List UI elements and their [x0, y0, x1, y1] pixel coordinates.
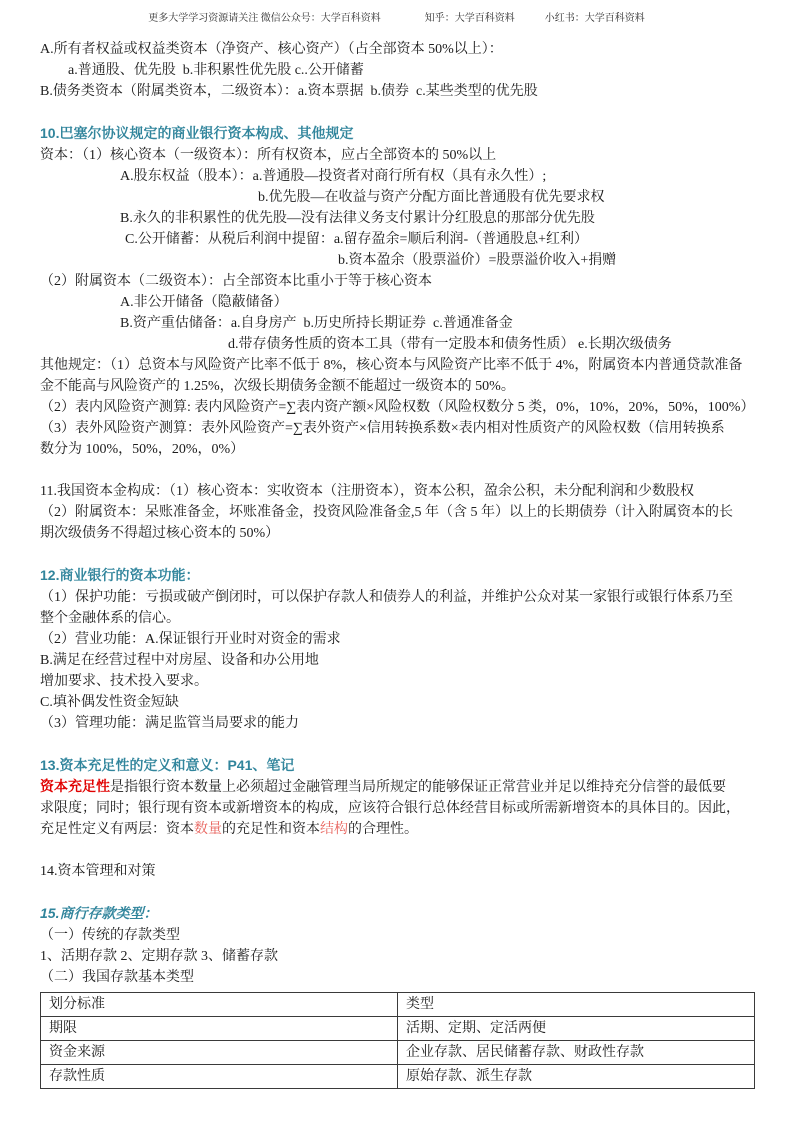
text-line: a.普通股、优先股 b.非积累性优先股 c..公开储蓄 [40, 60, 755, 81]
table-cell: 资金来源 [41, 1041, 398, 1065]
text-line: 资本：（1）核心资本（一级资本）：所有权资本，应占全部资本的 50%以上 [40, 145, 755, 166]
text-line: B.债务类资本（附属类资本，二级资本）：a.资本票据 b.债券 c.某些类型的优… [40, 81, 755, 102]
text-segment: A.非公开储备（隐蔽储备） [120, 295, 288, 310]
text-segment: B.资产重估储备：a.自身房产 b.历史所持长期证券 c.普通准备金 [120, 316, 513, 331]
text-line: B.满足在经营过程中对房屋、设备和办公用地 [40, 650, 755, 671]
text-segment: 金不能高与风险资产的 1.25%，次级长期债务金额不能超过一级资本的 50%。 [40, 379, 515, 394]
text-line: 期次级债务不得超过核心资本的 50%） [40, 523, 755, 544]
document-page: 更多大学学习资源请关注 微信公众号：大学百科资料知乎：大学百科资料小红书：大学百… [0, 0, 793, 1122]
text-segment: 1、活期存款 2、定期存款 3、储蓄存款 [40, 949, 278, 964]
text-line: （一）传统的存款类型 [40, 925, 755, 946]
text-segment: 求限度；同时；银行现有资本或新增资本的构成，应该符合银行总体经营目标或所需新增资… [40, 801, 740, 816]
table-header-row: 划分标准 类型 [41, 993, 755, 1017]
text-segment: 其他规定：（1）总资本与风险资产比率不低于 8%，核心资本与风险资产比率不低于 … [40, 358, 742, 373]
text-segment: 整个金融体系的信心。 [40, 611, 180, 626]
text-segment: （2）附属资本（二级资本）：占全部资本比重小于等于核心资本 [40, 274, 432, 289]
text-line: 增加要求、技术投入要求。 [40, 671, 755, 692]
text-line: 金不能高与风险资产的 1.25%，次级长期债务金额不能超过一级资本的 50%。 [40, 376, 755, 397]
text-line: 求限度；同时；银行现有资本或新增资本的构成，应该符合银行总体经营目标或所需新增资… [40, 798, 755, 819]
text-line: 充足性定义有两层：资本数量的充足性和资本结构的合理性。 [40, 819, 755, 840]
text-segment: （2）营业功能：A.保证银行开业时对资金的需求 [40, 632, 341, 647]
blank-line [40, 544, 755, 565]
text-line: A.所有者权益或权益类资本（净资产、核心资产）（占全部资本 50%以上）： [40, 39, 755, 60]
document-body: A.所有者权益或权益类资本（净资产、核心资产）（占全部资本 50%以上）：a.普… [40, 39, 755, 1089]
text-line: B.永久的非积累性的优先股—没有法律义务支付累计分红股息的那部分优先股 [40, 208, 755, 229]
text-line: C.公开储蓄：从税后利润中提留：a.留存盈余=顺后利润-（普通股息+红利） [40, 229, 755, 250]
text-line: （二）我国存款基本类型 [40, 967, 755, 988]
text-segment: 是指银行资本数量上必须超过金融管理当局所规定的能够保证正常营业并足以维持充分信誉… [110, 780, 726, 795]
blank-line [40, 840, 755, 861]
text-segment: C.填补偶发性资金短缺 [40, 695, 179, 710]
text-segment: C.公开储蓄：从税后利润中提留：a.留存盈余=顺后利润-（普通股息+红利） [125, 232, 588, 247]
text-line: A.非公开储备（隐蔽储备） [40, 292, 755, 313]
text-line: 10.巴塞尔协议规定的商业银行资本构成、其他规定 [40, 123, 755, 145]
table-cell: 期限 [41, 1017, 398, 1041]
header-zhihu-note: 知乎：大学百科资料 [425, 13, 515, 24]
text-segment: 数分为 100%，50%，20%，0%） [40, 442, 244, 457]
section-heading: 10.巴塞尔协议规定的商业银行资本构成、其他规定 [40, 125, 353, 141]
text-segment: d.带存债务性质的资本工具（带有一定股本和债务性质） e.长期次级债务 [228, 337, 672, 352]
blank-line [40, 102, 755, 123]
text-segment: （一）传统的存款类型 [40, 928, 180, 943]
text-line: B.资产重估储备：a.自身房产 b.历史所持长期证券 c.普通准备金 [40, 313, 755, 334]
text-line: （2）表内风险资产测算: 表内风险资产=∑表内资产额×风险权数（风险权数分 5 … [40, 397, 755, 418]
header-wechat-note: 更多大学学习资源请关注 微信公众号：大学百科资料 [148, 13, 381, 24]
text-lines: A.所有者权益或权益类资本（净资产、核心资产）（占全部资本 50%以上）：a.普… [40, 39, 755, 988]
table-row: 期限 活期、定期、定活两便 [41, 1017, 755, 1041]
text-line: C.填补偶发性资金短缺 [40, 692, 755, 713]
text-line: 整个金融体系的信心。 [40, 608, 755, 629]
text-line: b.资本盈余（股票溢价）=股票溢价收入+捐赠 [40, 250, 755, 271]
text-segment: 11.我国资本金构成：（1）核心资本：实收资本（注册资本），资本公积，盈余公积，… [40, 484, 694, 499]
text-line: A.股东权益（股本）：a.普通股—投资者对商行所有权（具有永久性）; [40, 166, 755, 187]
text-line: 其他规定：（1）总资本与风险资产比率不低于 8%，核心资本与风险资产比率不低于 … [40, 355, 755, 376]
text-segment: 资本：（1）核心资本（一级资本）：所有权资本，应占全部资本的 50%以上 [40, 148, 496, 163]
text-segment: b.优先股—在收益与资产分配方面比普通股有优先要求权 [258, 190, 605, 205]
table-header-cell: 划分标准 [41, 993, 398, 1017]
text-line: d.带存债务性质的资本工具（带有一定股本和债务性质） e.长期次级债务 [40, 334, 755, 355]
text-segment: a.普通股、优先股 b.非积累性优先股 c..公开储蓄 [68, 63, 364, 78]
blank-line [40, 882, 755, 903]
text-segment: （2）表内风险资产测算: 表内风险资产=∑表内资产额×风险权数（风险权数分 5 … [40, 400, 754, 415]
text-line: 14.资本管理和对策 [40, 861, 755, 882]
text-segment: （2）附属资本：呆账准备金，坏账准备金，投资风险准备金,5 年（含 5 年）以上… [40, 505, 733, 520]
text-segment: 充足性定义有两层：资本 [40, 822, 194, 837]
section-heading: 12.商业银行的资本功能： [40, 567, 199, 583]
text-segment: 结构 [320, 822, 348, 837]
text-line: （2）营业功能：A.保证银行开业时对资金的需求 [40, 629, 755, 650]
text-segment: 的合理性。 [348, 822, 418, 837]
section-heading: 15.商行存款类型： [40, 905, 157, 921]
deposit-types-table: 划分标准 类型 期限 活期、定期、定活两便 资金来源 企业存款、居民储蓄存款、财… [40, 992, 755, 1089]
text-line: b.优先股—在收益与资产分配方面比普通股有优先要求权 [40, 187, 755, 208]
text-line: （2）附属资本（二级资本）：占全部资本比重小于等于核心资本 [40, 271, 755, 292]
text-segment: B.满足在经营过程中对房屋、设备和办公用地 [40, 653, 319, 668]
text-segment: 资本充足性 [40, 780, 110, 795]
text-segment: 期次级债务不得超过核心资本的 50%） [40, 526, 279, 541]
text-segment: A.股东权益（股本）：a.普通股—投资者对商行所有权（具有永久性）; [120, 169, 546, 184]
text-segment: B.永久的非积累性的优先股—没有法律义务支付累计分红股息的那部分优先股 [120, 211, 595, 226]
text-line: 资本充足性是指银行资本数量上必须超过金融管理当局所规定的能够保证正常营业并足以维… [40, 777, 755, 798]
table-cell: 原始存款、派生存款 [398, 1065, 755, 1089]
text-line: 12.商业银行的资本功能： [40, 565, 755, 587]
page-header: 更多大学学习资源请关注 微信公众号：大学百科资料知乎：大学百科资料小红书：大学百… [0, 0, 793, 26]
text-segment: 增加要求、技术投入要求。 [40, 674, 208, 689]
text-line: （3）管理功能：满足监管当局要求的能力 [40, 713, 755, 734]
text-line: 1、活期存款 2、定期存款 3、储蓄存款 [40, 946, 755, 967]
text-segment: 14.资本管理和对策 [40, 864, 156, 879]
header-xiaohongshu-note: 小红书：大学百科资料 [545, 13, 645, 24]
text-segment: 数量 [194, 822, 222, 837]
text-segment: （3）管理功能：满足监管当局要求的能力 [40, 716, 299, 731]
table-cell: 存款性质 [41, 1065, 398, 1089]
table-cell: 企业存款、居民储蓄存款、财政性存款 [398, 1041, 755, 1065]
table-row: 资金来源 企业存款、居民储蓄存款、财政性存款 [41, 1041, 755, 1065]
text-segment: B.债务类资本（附属类资本，二级资本）：a.资本票据 b.债券 c.某些类型的优… [40, 84, 538, 99]
blank-line [40, 460, 755, 481]
text-line: （3）表外风险资产测算：表外风险资产=∑表外资产×信用转换系数×表内相对性质资产… [40, 418, 755, 439]
section-heading: 13.资本充足性的定义和意义：P41、笔记 [40, 757, 294, 773]
text-segment: 的充足性和资本 [222, 822, 320, 837]
table-row: 存款性质 原始存款、派生存款 [41, 1065, 755, 1089]
text-segment: b.资本盈余（股票溢价）=股票溢价收入+捐赠 [338, 253, 616, 268]
text-segment: A.所有者权益或权益类资本（净资产、核心资产）（占全部资本 50%以上）： [40, 42, 503, 57]
text-segment: （3）表外风险资产测算：表外风险资产=∑表外资产×信用转换系数×表内相对性质资产… [40, 421, 725, 436]
text-line: 15.商行存款类型： [40, 903, 755, 925]
blank-line [40, 734, 755, 755]
text-segment: （1）保护功能：亏损或破产倒闭时，可以保护存款人和债券人的利益，并维护公众对某一… [40, 590, 733, 605]
text-line: （1）保护功能：亏损或破产倒闭时，可以保护存款人和债券人的利益，并维护公众对某一… [40, 587, 755, 608]
text-line: 11.我国资本金构成：（1）核心资本：实收资本（注册资本），资本公积，盈余公积，… [40, 481, 755, 502]
table-cell: 活期、定期、定活两便 [398, 1017, 755, 1041]
text-line: 数分为 100%，50%，20%，0%） [40, 439, 755, 460]
table-header-cell: 类型 [398, 993, 755, 1017]
text-line: 13.资本充足性的定义和意义：P41、笔记 [40, 755, 755, 777]
text-line: （2）附属资本：呆账准备金，坏账准备金，投资风险准备金,5 年（含 5 年）以上… [40, 502, 755, 523]
text-segment: （二）我国存款基本类型 [40, 970, 194, 985]
